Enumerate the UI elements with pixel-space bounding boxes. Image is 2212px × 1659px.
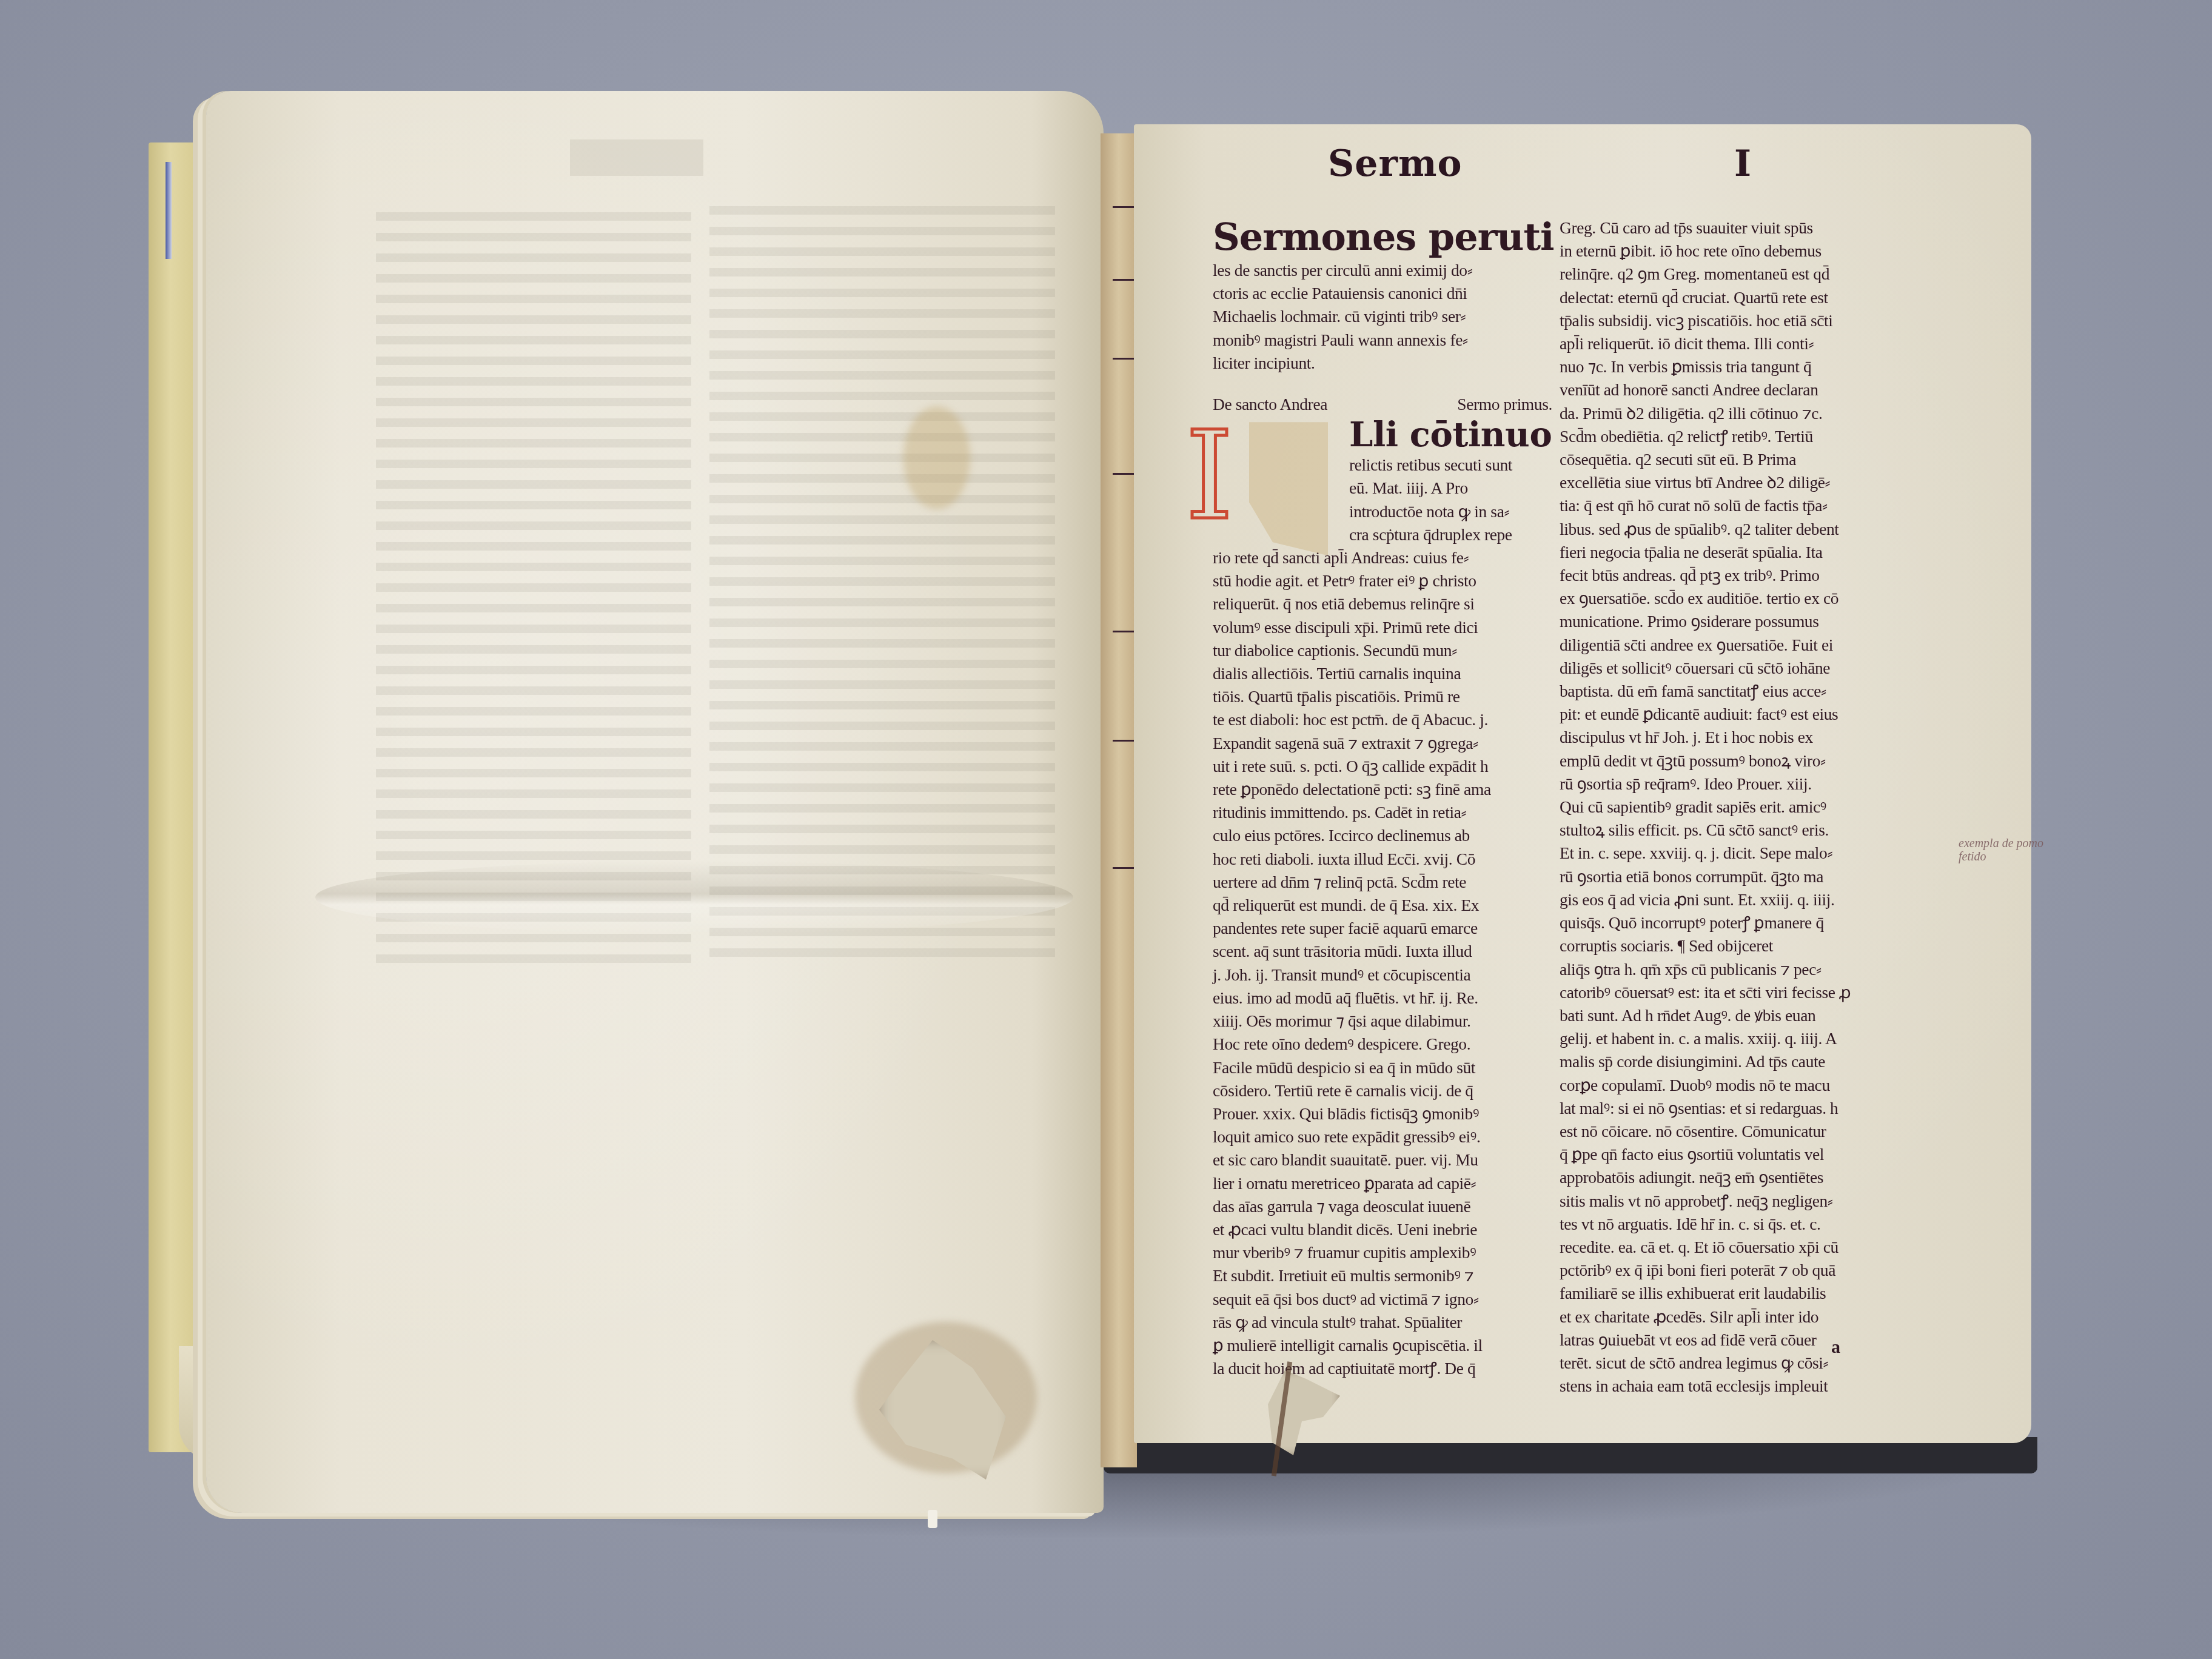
water-stain bbox=[903, 406, 970, 509]
gutter-mark bbox=[1113, 867, 1136, 869]
text-line: pctōribꝰ ex q̄ ip̄i boni fieri poterāt ⁊… bbox=[1560, 1259, 1929, 1282]
text-line: corruptis sociaris. ¶ Sed obijceret bbox=[1560, 934, 1929, 957]
text-line: relictis retibus secuti sunt bbox=[1349, 454, 1570, 477]
photograph-scene: Sermo I Sermones peruti les de sanctis p… bbox=[0, 0, 2212, 1659]
text-line: relinq̄re. q2 ꝯm Greg. momentaneū est qd… bbox=[1560, 263, 1929, 286]
text-line: ritudinis immittendo. ps. Cadēt in retia… bbox=[1213, 801, 1570, 824]
text-line: fecit btūs andreas. qd̄ ptꝫ ex tribꝰ. Pr… bbox=[1560, 564, 1929, 587]
text-line: Greg. Cū caro ad tp̄s suauiter viuit spū… bbox=[1560, 216, 1929, 240]
text-line: das aīas garrula ⁊ vaga deosculat iuuenē bbox=[1213, 1195, 1570, 1218]
gutter-mark bbox=[1113, 631, 1136, 632]
text-line: uit i rete suū. s. pcti. O q̄ꝫ callide e… bbox=[1213, 755, 1570, 778]
text-line: ex ꝯuersatiōe. scd̄o ex auditiōe. tertio… bbox=[1560, 587, 1929, 610]
section-heading-right: Sermo primus. bbox=[1457, 393, 1552, 416]
text-line: et ex charitate ꝓcedēs. Silr apl̄i inter… bbox=[1560, 1305, 1929, 1329]
text-line: te est diaboli: hoc est pctm̄. de q̄ Aba… bbox=[1213, 708, 1570, 731]
text-line: diligentiā sc̄ti andree ex ꝯuersatiōe. F… bbox=[1560, 634, 1929, 657]
text-line: municatione. Primo ꝯsiderare possumus bbox=[1560, 610, 1929, 633]
show-through-column-b bbox=[709, 206, 1055, 967]
text-line: rio rete qd̄ sancti apl̄i Andreas: cuius… bbox=[1213, 546, 1570, 569]
text-line: mur vberibꝰ ⁊ fruamur cupitis amplexibꝰ bbox=[1213, 1241, 1570, 1264]
text-line: culo eius pctōres. Iccirco declinemus ab bbox=[1213, 824, 1570, 847]
text-line: sequit eā q̄si bos ductꝰ ad victimā ⁊ ig… bbox=[1213, 1288, 1570, 1311]
text-line: qd̄ reliquerūt est mundi. de q̄ Esa. xix… bbox=[1213, 894, 1570, 917]
text-line: cra scṗtura q̄druplex repe bbox=[1349, 523, 1570, 546]
text-line: tur diabolice captionis. Secundū mun⸗ bbox=[1213, 639, 1570, 662]
text-line: pit: et eundē ꝑdicantē audiuit: factꝰ es… bbox=[1560, 703, 1929, 726]
text-line: Hoc rete oīno dedemꝰ despicere. Grego. bbox=[1213, 1033, 1570, 1056]
text-line: sitis malis vt nō approbetꝭ. neq̄ꝫ negli… bbox=[1560, 1190, 1929, 1213]
text-line: Prouer. xxix. Qui blādis fictisq̄ꝫ ꝯmoni… bbox=[1213, 1102, 1570, 1125]
show-through-column-a bbox=[376, 212, 691, 967]
text-line: hoc reti diaboli. iuxta illud Ecc̄i. xvi… bbox=[1213, 848, 1570, 871]
page-crease bbox=[315, 861, 1073, 934]
text-line: discipulus vt hr̄ Joh. j. Et i hoc nobis… bbox=[1560, 726, 1929, 749]
text-line: malis sp̄ corde disiungimini. Ad tp̄s ca… bbox=[1560, 1050, 1929, 1073]
incipit-block: I Lli cōtinuo relictis retibus secuti su… bbox=[1213, 416, 1570, 546]
text-line: nuo ⁊c. In verbis ꝑmissis tria tangunt q… bbox=[1560, 355, 1929, 378]
signature-mark: a bbox=[1831, 1337, 1840, 1358]
text-line: cōsequētia. q2 secuti sūt eū. B Prima bbox=[1560, 448, 1929, 471]
text-line: scent. aq̄ sunt trāsitoria mūdi. Iuxta i… bbox=[1213, 940, 1570, 963]
text-line: aliq̄s ꝯtra h. qm̄ xp̄s cū publicanis ⁊ … bbox=[1560, 958, 1929, 981]
book-title: Sermones peruti bbox=[1213, 215, 1570, 259]
text-line: latras ꝯuiuebāt vt eos ad fidē verā cōue… bbox=[1560, 1329, 1929, 1352]
text-line: q̄ ꝑpe qn̄ facto eius ꝯsortiū voluntatis… bbox=[1560, 1143, 1929, 1166]
text-line: delectat: eternū qd̄ cruciat. Quartū ret… bbox=[1560, 286, 1929, 309]
margin-note-line: fetido bbox=[1959, 850, 2043, 863]
text-line: terēt. sicut de sc̄tō andrea legimus ꝙ c… bbox=[1560, 1352, 1929, 1375]
text-line: recedite. ea. cā et. q. Et iō cōuersatio… bbox=[1560, 1236, 1929, 1259]
gutter-mark bbox=[1113, 473, 1136, 475]
column-b-body: Greg. Cū caro ad tp̄s suauiter viuit spū… bbox=[1560, 216, 1929, 1398]
text-line: baptista. dū em̄ famā sanctitatꝭ eius ac… bbox=[1560, 680, 1929, 703]
text-line: rās ꝙ ad vincula stultꝰ trahat. Spūalite… bbox=[1213, 1311, 1570, 1334]
text-line: j. Joh. ij. Transit mundꝰ et cōcupiscent… bbox=[1213, 964, 1570, 987]
text-line: Et subdit. Irretiuit eū multis sermonibꝰ… bbox=[1213, 1264, 1570, 1287]
text-line: et ꝓcaci vultu blandit dicēs. Ueni inebr… bbox=[1213, 1218, 1570, 1241]
text-line: rū ꝯsortia etiā bonos corrumpūt. q̄ꝫto m… bbox=[1560, 865, 1929, 888]
text-line: tiōis. Quartū tp̄alis piscatiōis. Primū … bbox=[1213, 685, 1570, 708]
text-line: volumꝰ esse discipuli xp̄i. Primū rete d… bbox=[1213, 616, 1570, 639]
text-line: corꝑe copulamī. Duobꝰ modis nō te macu bbox=[1560, 1074, 1929, 1097]
text-line: Scd̄m obediētia. q2 relictꝭ retibꝰ. Tert… bbox=[1560, 425, 1929, 448]
margin-note-line: exempla de pomo bbox=[1959, 837, 2043, 850]
text-line: tes vt nō arguatis. Idē hr̄ in. c. si q̄… bbox=[1560, 1213, 1929, 1236]
text-line: stens in achaia eam totā ecclesijs imple… bbox=[1560, 1375, 1929, 1398]
text-line: est nō cōicare. nō cōsentire. Cōmunicatu… bbox=[1560, 1120, 1929, 1143]
text-line: rū ꝯsortia sp̄ req̄ramꝰ. Ideo Prouer. xi… bbox=[1560, 773, 1929, 796]
text-column-a: Sermones peruti les de sanctis per circu… bbox=[1213, 215, 1570, 1380]
left-page bbox=[206, 91, 1104, 1513]
text-line: fieri negocia tp̄alia ne deserāt spūalia… bbox=[1560, 541, 1929, 564]
text-line: approbatōis adiungit. neq̄ꝫ em̄ ꝯsentiēt… bbox=[1560, 1166, 1929, 1189]
text-line: venīūt ad honorē sancti Andree declaran bbox=[1560, 378, 1929, 401]
running-head: Sermo bbox=[1328, 142, 1463, 185]
text-line: Qui cū sapientibꝰ gradit sapiēs erit. am… bbox=[1560, 796, 1929, 819]
gutter-mark bbox=[1113, 206, 1136, 208]
text-line: xiiij. Oēs morimur ⁊ q̄si aque dilabimur… bbox=[1213, 1010, 1570, 1033]
text-line: la ducit hoiem ad captiuitatē mortꝭ. De … bbox=[1213, 1357, 1570, 1380]
gutter-mark bbox=[1113, 740, 1136, 742]
text-line: gelij. et habent in. c. a malis. xxiij. … bbox=[1560, 1027, 1929, 1050]
text-column-b: Greg. Cū caro ad tp̄s suauiter viuit spū… bbox=[1560, 216, 1929, 1398]
text-line: familiarē se illis exhibuerat erit lauda… bbox=[1560, 1282, 1929, 1305]
title-line: ctoris ac ecclie Patauiensis canonici dn… bbox=[1213, 282, 1570, 305]
text-line: loquit amico suo rete expādit gressibꝰ e… bbox=[1213, 1125, 1570, 1148]
text-line: Et in. c. sepe. xxviij. q. j. dicit. Sep… bbox=[1560, 842, 1929, 865]
text-line: quisq̄s. Quō incorruptꝰ poterꝭ ꝑmanere q… bbox=[1560, 911, 1929, 934]
text-line: eū. Mat. iiij. A Pro bbox=[1349, 477, 1570, 500]
text-line: Facile mūdū despicio si ea q̄ in mūdo sū… bbox=[1213, 1056, 1570, 1079]
column-a-body: rio rete qd̄ sancti apl̄i Andreas: cuius… bbox=[1213, 546, 1570, 1380]
text-line: Expandit sagenā suā ⁊ extraxit ⁊ ꝯgrega⸗ bbox=[1213, 732, 1570, 755]
text-line: tp̄alis subsidij. vicꝫ piscatiōis. hoc e… bbox=[1560, 309, 1929, 332]
right-page: Sermo I Sermones peruti les de sanctis p… bbox=[1134, 124, 2031, 1443]
text-line: stultoꝝ silis efficit. ps. Cū sc̄tō sanc… bbox=[1560, 819, 1929, 842]
text-line: diligēs et sollicitꝰ cōuersari cū sc̄tō … bbox=[1560, 657, 1929, 680]
text-line: et sic caro blandit suauitatē. puer. vij… bbox=[1213, 1148, 1570, 1171]
loose-thread bbox=[928, 1510, 937, 1528]
text-line: dialis allectiōis. Tertiū carnalis inqui… bbox=[1213, 662, 1570, 685]
text-line: uertere ad dn̄m ⁊ relinq̄ pctā. Scd̄m re… bbox=[1213, 871, 1570, 894]
gutter-strip bbox=[1101, 133, 1137, 1467]
gutter-mark bbox=[1113, 279, 1136, 281]
folio-number: I bbox=[1734, 142, 1751, 185]
text-line: bati sunt. Ad h rn̄det Augꝰ. de ꝟbis eua… bbox=[1560, 1004, 1929, 1027]
title-line: les de sanctis per circulū anni eximij d… bbox=[1213, 259, 1570, 282]
section-heading: De sancto Andrea Sermo primus. bbox=[1213, 393, 1552, 416]
text-line: reliquerūt. q̄ nos etiā debemus relinq̄r… bbox=[1213, 592, 1570, 615]
gutter-mark bbox=[1113, 358, 1136, 360]
text-line: apl̄i reliquerūt. iō dicit thema. Illi c… bbox=[1560, 332, 1929, 355]
show-through-heading bbox=[570, 139, 703, 176]
text-line: in eternū ꝑibit. iō hoc rete oīno debemu… bbox=[1560, 240, 1929, 263]
text-line: rete ꝑponēdo delectationē pcti: sꝫ finē … bbox=[1213, 778, 1570, 801]
text-line: excellētia siue virtus btī Andree ꝺ2 dil… bbox=[1560, 471, 1929, 494]
text-line: cōsidero. Tertiū rete ē carnalis vicij. … bbox=[1213, 1079, 1570, 1102]
handwritten-margin-note: exempla de pomo fetido bbox=[1959, 837, 2043, 863]
text-line: lat malꝰ: si ei nō ꝯsentias: et si redar… bbox=[1560, 1097, 1929, 1120]
incipit-text: Lli cōtinuo bbox=[1349, 416, 1570, 454]
text-line: ꝑ mulierē intelligit carnalis ꝯcupiscēti… bbox=[1213, 1334, 1570, 1357]
text-line: emplū dedit vt q̄ꝫtū possumꝰ bonoꝝ viro⸗ bbox=[1560, 749, 1929, 773]
title-line: liciter incipiunt. bbox=[1213, 352, 1570, 375]
text-line: libus. sed ꝓus de spūalibꝰ. q2 taliter d… bbox=[1560, 518, 1929, 541]
text-line: stū hodie agit. et Petrꝰ frater eiꝰ ꝑ ch… bbox=[1213, 569, 1570, 592]
title-line: Michaelis lochmair. cū viginti tribꝰ ser… bbox=[1213, 305, 1570, 328]
title-line: monibꝰ magistri Pauli wann annexis fe⸗ bbox=[1213, 329, 1570, 352]
text-line: pandentes rete super faciē aquarū emarce bbox=[1213, 917, 1570, 940]
left-cover-board bbox=[149, 142, 203, 1452]
text-line: catoribꝰ cōuersatꝰ est: ita et sc̄ti vir… bbox=[1560, 981, 1929, 1004]
text-line: gis eos q̄ ad vicia ꝓni sunt. Et. xxiij.… bbox=[1560, 888, 1929, 911]
bookmark-ribbon bbox=[166, 162, 172, 259]
rubricated-initial: I bbox=[1185, 416, 1319, 543]
text-line: lier i ornatu meretriceo ꝑparata ad capi… bbox=[1213, 1172, 1570, 1195]
text-line: introductōe nota ꝙ in sa⸗ bbox=[1349, 500, 1570, 523]
text-line: tia: q̄ est qn̄ hō curat nō solū de fact… bbox=[1560, 494, 1929, 517]
torn-hole bbox=[1255, 1370, 1340, 1455]
text-line: da. Primū ꝺ2 diligētia. q2 illi cōtinuo … bbox=[1560, 402, 1929, 425]
text-line: eius. imo ad modū aq̄ fluētis. vt hr̄. i… bbox=[1213, 987, 1570, 1010]
